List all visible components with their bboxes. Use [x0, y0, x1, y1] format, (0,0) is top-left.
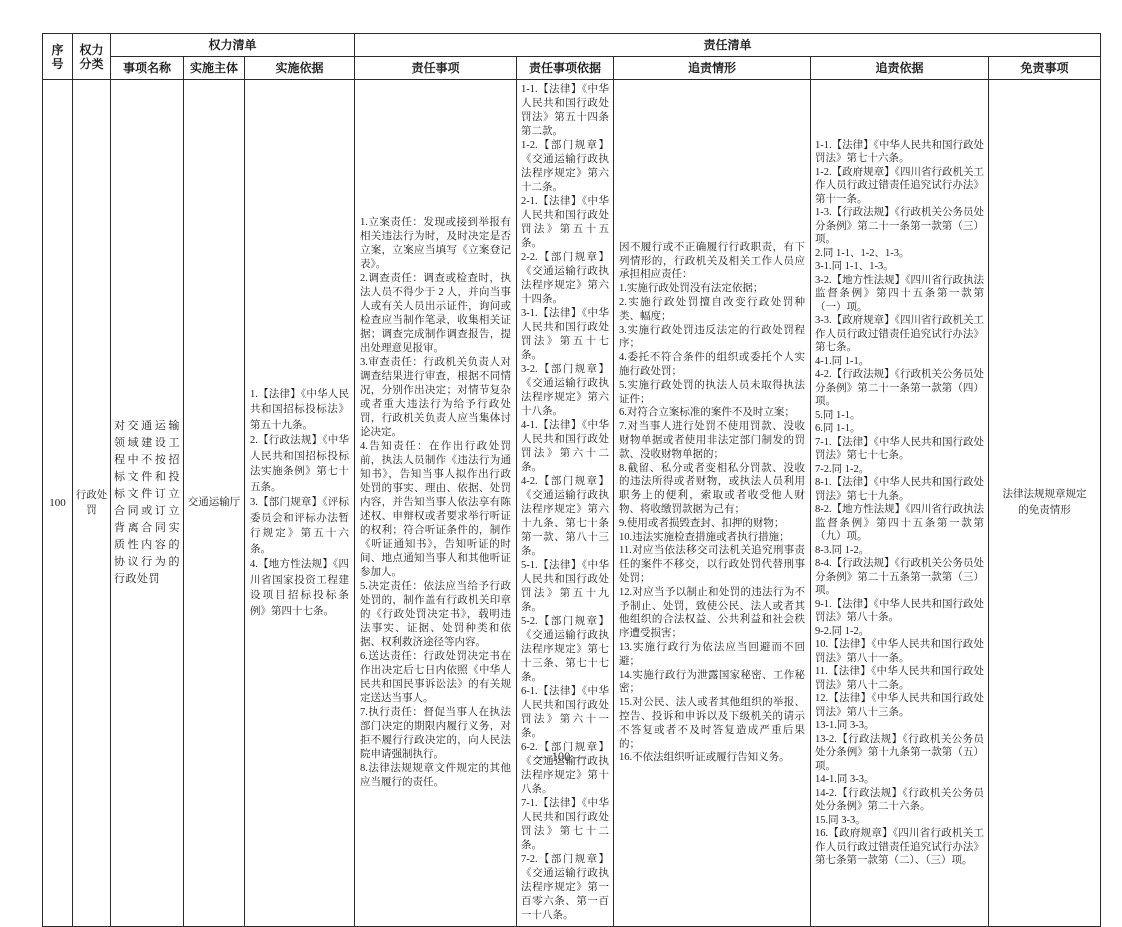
header-power-list: 权力清单 [111, 34, 355, 57]
header-row-2: 事项名称 实施主体 实施依据 责任事项 责任事项依据 追责情形 追责依据 免责事… [43, 57, 1101, 80]
header-accountability-basis: 追责依据 [811, 57, 989, 80]
cell-accountability-basis: 1-1.【法律】《中华人民共和国行政处罚法》第七十六条。 1-2.【政府规章】《… [811, 80, 989, 927]
cell-implementation-basis: 1.【法律】《中华人民共和国招标投标法》第五十九条。 2.【行政法规】《中华人民… [245, 80, 355, 927]
cell-serial-no: 100 [43, 80, 73, 927]
header-power-category: 权力 分类 [73, 34, 111, 80]
cell-exemption-items: 法律法规规章规定的免责情形 [989, 80, 1101, 927]
header-item-name: 事项名称 [111, 57, 184, 80]
cell-item-name: 对交通运输领域建设工程中不按招标文件和投标文件订立合同或订立背离合同实质性内容的… [111, 80, 184, 927]
header-serial-no: 序 号 [43, 34, 73, 80]
header-implementation-basis: 实施依据 [245, 57, 355, 80]
table-row: 100 行政处罚 对交通运输领域建设工程中不按招标文件和投标文件订立合同或订立背… [43, 80, 1101, 927]
cell-implementing-body: 交通运输厅 [184, 80, 245, 927]
header-responsibility-list: 责任清单 [355, 34, 1101, 57]
cell-power-category: 行政处罚 [73, 80, 111, 927]
page-number: — 100 — [0, 750, 1122, 765]
header-accountability-situations: 追责情形 [614, 57, 811, 80]
document-page: 序 号 权力 分类 权力清单 责任清单 事项名称 实施主体 实施依据 责任事项 … [0, 0, 1122, 793]
cell-responsibility-items: 1.立案责任：发现或接到举报有相关违法行为时，及时决定是否立案，立案应当填写《立… [355, 80, 517, 927]
header-responsibility-items: 责任事项 [355, 57, 517, 80]
cell-responsibility-items-basis: 1-1.【法律】《中华人民共和国行政处罚法》第五十四条第二款。 1-2.【部门规… [517, 80, 614, 927]
header-implementing-body: 实施主体 [184, 57, 245, 80]
header-responsibility-items-basis: 责任事项依据 [517, 57, 614, 80]
header-row-1: 序 号 权力 分类 权力清单 责任清单 [43, 34, 1101, 57]
cell-accountability-situations: 因不履行或不正确履行行政职责，有下列情形的，行政机关及相关工作人员应承担相应责任… [614, 80, 811, 927]
header-exemption-items: 免责事项 [989, 57, 1101, 80]
